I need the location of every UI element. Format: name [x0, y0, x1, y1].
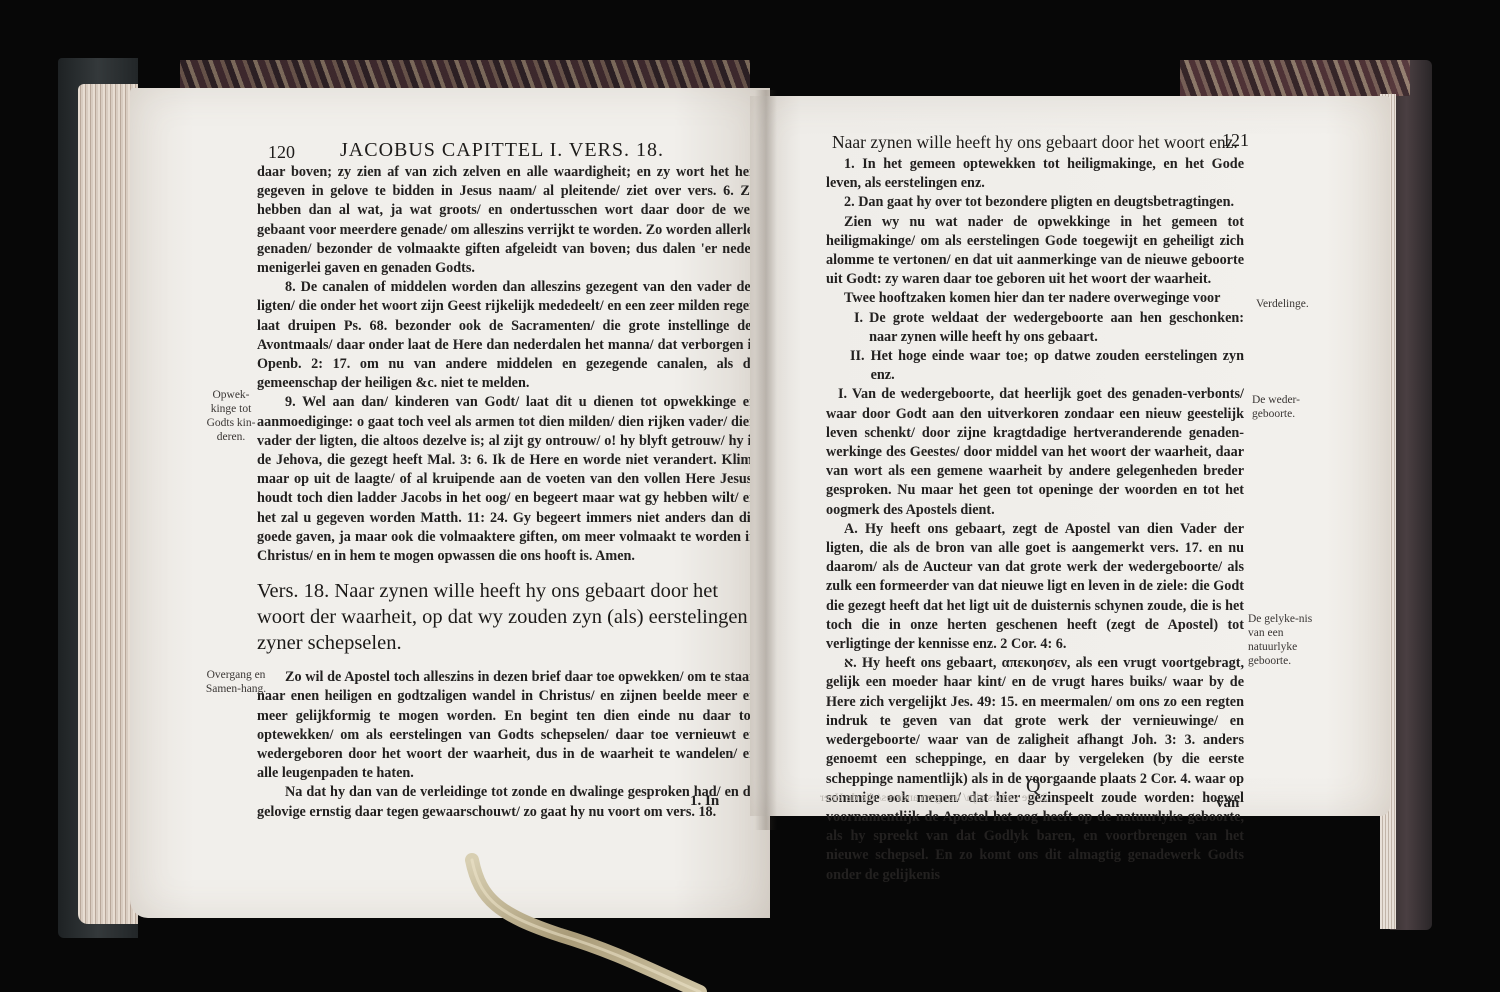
right-paragraph: I. Van de wedergeboorte, dat heerlijk go…: [826, 385, 1244, 519]
left-paragraph: 8. De canalen of middelen worden dan all…: [257, 278, 757, 393]
left-catchword: 1. In: [690, 793, 719, 810]
margin-note: Verdelinge.: [1256, 297, 1336, 311]
right-running-head: Naar zynen wille heeft hy ons gebaart do…: [832, 132, 1238, 153]
left-body-text: daar boven; zy zien af van zich zelven e…: [257, 163, 757, 566]
left-body-text-after: Zo wil de Apostel toch alleszins in deze…: [257, 668, 757, 822]
division-text: De grote weldaat der wedergeboorte aan h…: [869, 309, 1244, 347]
margin-note: De gelyke-nis van een natuurlyke geboort…: [1248, 612, 1318, 668]
left-paragraph: daar boven; zy zien af van zich zelven e…: [257, 163, 757, 278]
division-text: Het hoge einde waar toe; op datwe zouden…: [871, 347, 1244, 385]
division-item: II. Het hoge einde waar toe; op datwe zo…: [826, 347, 1244, 385]
book-cover-right: [1390, 60, 1432, 930]
show-through-text: 2. De vaders zijn/ trang en anderes/ die…: [820, 790, 1048, 805]
right-paragraph: Twee hooftzaken komen hier dan ter nader…: [826, 289, 1244, 308]
left-page-number: 120: [268, 142, 295, 163]
right-paragraph: א. Hy heeft ons gebaart, απεκυησεν, als …: [826, 654, 1244, 884]
right-paragraph: A. Hy heeft ons gebaart, zegt de Apostel…: [826, 520, 1244, 654]
right-paragraph: Zien wy nu wat nader de opwekkinge in he…: [826, 213, 1244, 290]
division-number: I.: [854, 309, 863, 347]
left-paragraph: 9. Wel aan dan/ kinderen van Godt/ laat …: [257, 393, 757, 566]
left-paragraph: Zo wil de Apostel toch alleszins in deze…: [257, 668, 757, 783]
right-paragraph: 1. In het gemeen optewekken tot heiligma…: [826, 155, 1244, 193]
right-page-number: 121: [1222, 130, 1249, 151]
right-catchword: van: [1216, 795, 1239, 812]
page-edges-left: [78, 84, 138, 924]
marbled-board-right: [1180, 60, 1410, 96]
margin-note: De weder-geboorte.: [1252, 393, 1312, 421]
right-paragraph: 2. Dan gaat hy over tot bezondere pligte…: [826, 193, 1244, 212]
verse-heading: Vers. 18. Naar zynen wille heeft hy ons …: [257, 578, 757, 656]
margin-note: Overgang en Samen-hang.: [205, 668, 267, 696]
book-gutter: [755, 90, 777, 830]
left-paragraph: Na dat hy dan van de verleidinge tot zon…: [257, 783, 757, 821]
photo-scene: 120 JACOBUS CAPITTEL I. VERS. 18. daar b…: [0, 0, 1500, 992]
left-running-head: JACOBUS CAPITTEL I. VERS. 18.: [340, 139, 664, 162]
left-text-block: daar boven; zy zien af van zich zelven e…: [257, 163, 757, 822]
margin-note: Opwek-kinge tot Godts kin-deren.: [200, 388, 262, 444]
division-number: II.: [850, 347, 865, 385]
division-item: I. De grote weldaat der wedergeboorte aa…: [826, 309, 1244, 347]
